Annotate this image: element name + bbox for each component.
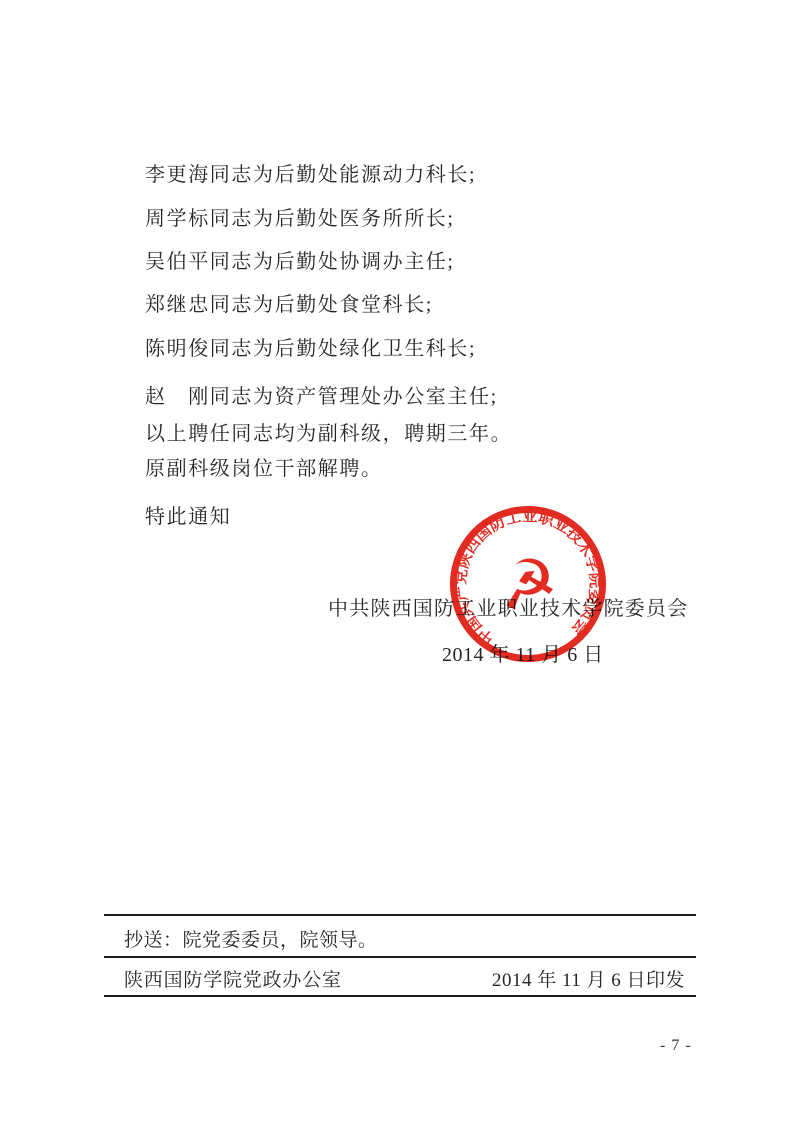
body-line-appointment-4: 郑继忠同志为后勤处食堂科长; [145, 288, 433, 317]
signature-committee-name: 中共陕西国防工业职业技术学院委员会 [328, 592, 688, 621]
print-date: 2014 年 11 月 6 日印发 [492, 965, 685, 992]
body-line-appointment-1: 李更海同志为后勤处能源动力科长; [145, 158, 476, 187]
body-line-dismissal-note: 原副科级岗位干部解聘。 [145, 452, 383, 481]
body-line-closing: 特此通知 [145, 500, 231, 529]
issuer-office: 陕西国防学院党政办公室 [124, 965, 342, 992]
body-line-appointment-2: 周学标同志为后勤处医务所所长; [145, 202, 455, 231]
page-number: - 7 - [660, 1037, 692, 1055]
footer-rule-top [104, 914, 696, 916]
document-page: 李更海同志为后勤处能源动力科长; 周学标同志为后勤处医务所所长; 吴伯平同志为后… [0, 0, 793, 1122]
signature-date: 2014 年 11 月 6 日 [442, 638, 604, 667]
body-line-appointment-5: 陈明俊同志为后勤处绿化卫生科长; [145, 332, 476, 361]
body-line-appointment-6: 赵 刚同志为资产管理处办公室主任; [145, 380, 498, 409]
body-line-term-note: 以上聘任同志均为副科级，聘期三年。 [145, 417, 512, 446]
cc-line: 抄送：院党委委员，院领导。 [124, 925, 378, 952]
footer-rule-middle [104, 956, 696, 958]
seal-ring-text: 中国共产党陕西国防工业职业技术学院委员会 [447, 503, 609, 657]
svg-text:中国共产党陕西国防工业职业技术学院委员会: 中国共产党陕西国防工业职业技术学院委员会 [447, 503, 609, 657]
body-line-appointment-3: 吴伯平同志为后勤处协调办主任; [145, 245, 455, 274]
footer-rule-bottom [104, 995, 696, 997]
